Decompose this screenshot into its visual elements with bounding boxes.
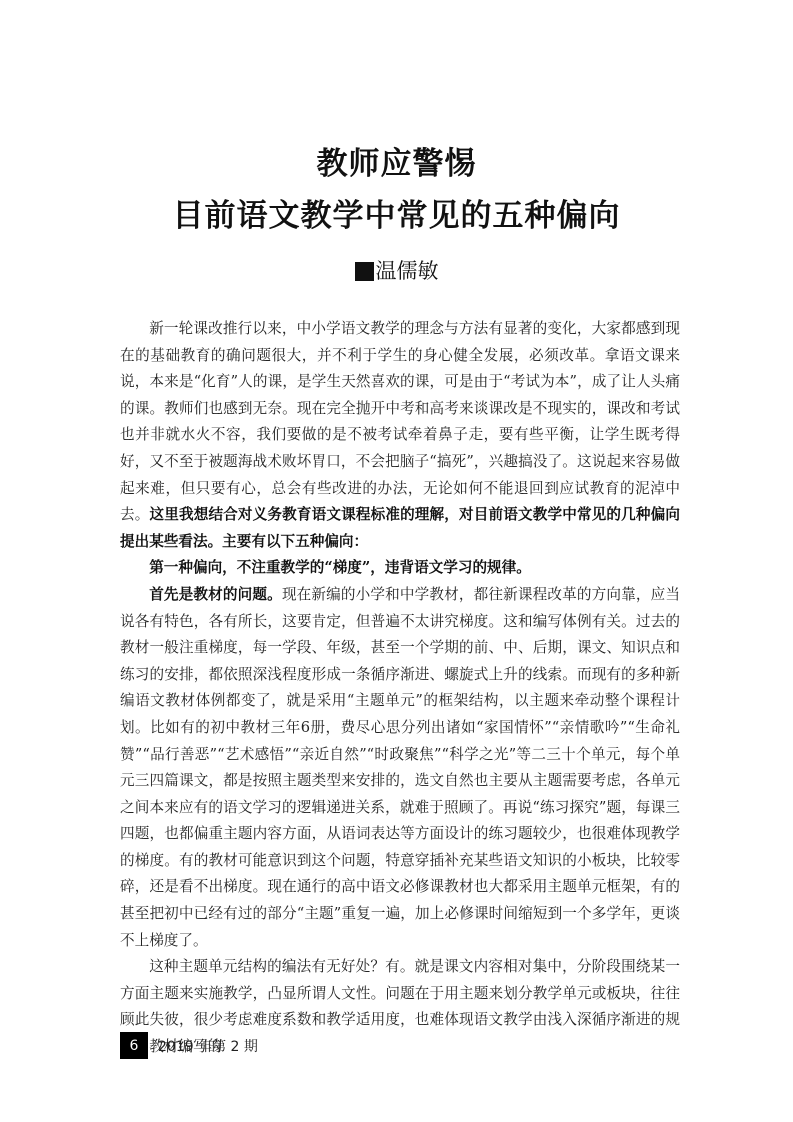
author-byline: 温儒敏 (0, 256, 793, 286)
paragraph-intro: 新一轮课改推行以来，中小学语文教学的理念与方法有显著的变化，大家都感到现在的基础… (120, 316, 680, 555)
issue-label: 2019 年第 2 期 (158, 1036, 258, 1056)
article-title-line-2: 目前语文教学中常见的五种偏向 (0, 190, 793, 242)
paragraph-intro-text: 新一轮课改推行以来，中小学语文教学的理念与方法有显著的变化，大家都感到现在的基础… (120, 320, 680, 523)
article-title-line-1: 教师应警惕 (0, 138, 793, 190)
paragraph-intro-bold-text: 这里我想结合对义务教育语文课程标准的理解，对目前语文教学中常见的几种偏向提出某些… (120, 506, 680, 550)
paragraph-textbook-problem: 首先是教材的问题。现在新编的小学和中学教材，都往新课程改革的方向靠，应当说各有特… (120, 582, 680, 954)
section-heading-first-bias: 第一种偏向，不注重教学的“梯度”，违背语文学习的规律。 (120, 555, 680, 582)
page-number: 6 (120, 1032, 148, 1059)
paragraph-textbook-text: 现在新编的小学和中学教材，都往新课程改革的方向靠，应当说各有特色，各有所长，这要… (120, 586, 680, 949)
paragraph-lead-bold: 首先是教材的问题。 (149, 586, 282, 603)
article-header: 教师应警惕 目前语文教学中常见的五种偏向 温儒敏 (0, 138, 793, 286)
page-footer: 6 2019 年第 2 期 (120, 1032, 258, 1059)
author-name: 温儒敏 (376, 256, 439, 286)
black-square-icon (355, 262, 374, 281)
article-body: 新一轮课改推行以来，中小学语文教学的理念与方法有显著的变化，大家都感到现在的基础… (120, 316, 680, 1061)
